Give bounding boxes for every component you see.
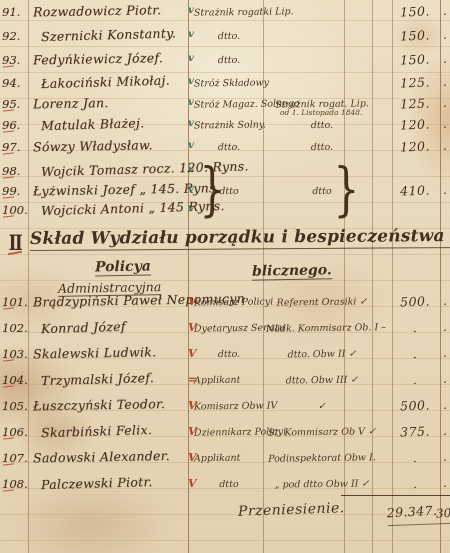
position-secondary: [266, 77, 378, 79]
salary-amount: 410.: [392, 182, 438, 199]
groszy-dot: .: [440, 139, 450, 153]
table-row: 96. Matulak Błażej. v Strażnik Solny. dt…: [0, 116, 450, 140]
position-primary: dtto.: [194, 31, 264, 43]
person-name: Skarbiński Felix.: [33, 421, 201, 441]
salary-amount: .: [392, 371, 438, 388]
carryover-groszy: 30.: [436, 505, 450, 520]
row-number: 99.: [2, 184, 28, 198]
groszy-dot: .: [440, 52, 450, 66]
table-row: 102. Konrad Józef V Dyetaryusz Senatu Na…: [0, 319, 450, 343]
person-name: Wojcik Tomasz rocz. 120. Ryns.: [33, 160, 201, 180]
salary-amount: .: [392, 345, 438, 362]
position-primary: Strażnik rogatki Lip.: [194, 6, 294, 18]
table-row: 105. Łuszczyński Teodor. V Komisarz Obw …: [0, 397, 450, 421]
person-name: Sówzy Władysław.: [33, 137, 193, 155]
carryover-sum: 29.347.: [386, 503, 439, 521]
position-secondary: Podinspektorat Obw I.: [266, 452, 378, 465]
salary-amount: 500.: [392, 397, 438, 414]
groszy-dot: .: [440, 183, 450, 197]
person-name: Lorenz Jan.: [33, 94, 193, 112]
position-secondary: Referent Orasiki ✓: [266, 296, 378, 309]
position-secondary: dtto. Obw III ✓: [266, 374, 378, 387]
table-rows-layer: 91. Rozwadowicz Piotr. v Strażnik rogatk…: [0, 0, 450, 553]
person-name: Trzymalski Józef.: [33, 369, 201, 389]
checkmark-icon: v: [188, 203, 194, 214]
row-number: 96.: [2, 118, 28, 132]
row-number: 108.: [2, 477, 28, 491]
position-secondary: [266, 54, 378, 56]
position-secondary: ✓: [266, 400, 378, 413]
row-number: 91.: [2, 5, 28, 19]
row-number: 95.: [2, 97, 28, 111]
table-row: 92. Szernicki Konstanty. v dtto. 150. .: [0, 27, 450, 51]
row-number: 100.: [2, 203, 28, 217]
groszy-dot: .: [440, 320, 450, 334]
position-primary: Komisarz Obw IV: [194, 400, 278, 412]
person-name: Łakociński Mikołaj.: [33, 72, 201, 92]
salary-amount: 120.: [392, 138, 438, 155]
groszy-dot: .: [440, 450, 450, 464]
salary-amount: 125.: [392, 74, 438, 91]
groszy-dot: .: [440, 476, 450, 490]
row-number: 103.: [2, 347, 28, 361]
position-primary: dtto.: [194, 142, 264, 154]
salary-amount: 120.: [392, 116, 438, 133]
position-secondary: [266, 30, 378, 32]
groszy-dot: .: [440, 372, 450, 386]
checkmark-icon: v: [188, 97, 194, 108]
position-secondary: Nadk. Kommisarz Ob. I –: [266, 322, 378, 335]
position-primary: Strażnik Solny.: [194, 119, 266, 131]
groszy-dot: .: [440, 28, 450, 42]
row-number: 102.: [2, 321, 28, 335]
person-name: Fedyńkiewicz Józef.: [33, 50, 193, 68]
table-row: 103. Skalewski Ludwik. V dtto. dtto. Obw…: [0, 345, 450, 369]
row-number: 94.: [2, 76, 28, 90]
salary-amount: 150.: [392, 51, 438, 68]
salary-amount: [392, 162, 438, 164]
salary-amount: 150.: [392, 27, 438, 44]
position-primary: Applikant: [194, 453, 241, 465]
section-heading-title: Skład Wydziału porządku i bespieczeństwa…: [30, 226, 450, 251]
position-primary: Stróż Składowy: [194, 77, 269, 89]
groszy-dot: .: [440, 75, 450, 89]
position-secondary: dtto.: [266, 119, 378, 132]
salary-amount: 125.: [392, 95, 438, 112]
salary-amount: [392, 201, 438, 203]
position-primary: Komisarz Policyi: [194, 296, 273, 308]
groszy-dot: .: [440, 294, 450, 308]
person-name: Łyżwinski Jozef „ 145. Ryns.: [33, 181, 193, 199]
row-number: 107.: [2, 451, 28, 465]
brace-icon: }: [334, 160, 360, 218]
person-name: Palczewski Piotr.: [33, 473, 201, 493]
person-name: Skalewski Ludwik.: [33, 344, 193, 362]
salary-amount: 375.: [392, 423, 438, 440]
table-row: 91. Rozwadowicz Piotr. v Strażnik rogatk…: [0, 3, 450, 27]
position-primary: Applikant: [194, 375, 241, 387]
salary-amount: .: [392, 475, 438, 492]
person-name: Rozwadowicz Piotr.: [33, 2, 193, 20]
position-secondary: [266, 204, 378, 206]
position-secondary: dtto.: [266, 141, 378, 154]
sum-rule: [341, 495, 450, 496]
groszy-dot: .: [440, 346, 450, 360]
checkmark-icon: v: [188, 5, 194, 16]
position-secondary: [266, 165, 378, 167]
position-primary: dtto.: [194, 349, 264, 361]
groszy-dot: .: [440, 398, 450, 412]
person-name: Łuszczyński Teodor.: [33, 396, 193, 414]
position-secondary: dtto: [266, 185, 378, 198]
checkmark-icon: v: [188, 164, 194, 175]
row-number: 101.: [2, 295, 28, 309]
groszy-dot: .: [440, 4, 450, 18]
position-secondary: St. Kommisarz Ob V ✓: [266, 426, 378, 439]
person-name: Konrad Józef: [33, 317, 201, 337]
person-name: Matulak Błażej.: [33, 114, 201, 134]
row-number: 98.: [2, 164, 28, 178]
position-primary: dtto.: [194, 55, 264, 67]
person-name: Wojcicki Antoni „ 145 Ryns.: [33, 199, 201, 219]
manuscript-page: 91. Rozwadowicz Piotr. v Strażnik rogatk…: [0, 0, 450, 553]
table-row: 106. Skarbiński Felix. V Dziennikarz Pol…: [0, 423, 450, 447]
table-row: 93. Fedyńkiewicz Józef. v dtto. 150. .: [0, 51, 450, 75]
brace-icon: }: [200, 160, 226, 218]
groszy-dot: .: [440, 96, 450, 110]
position-secondary: „ pod dtto Obw II ✓: [266, 478, 378, 491]
salary-amount: 150.: [392, 3, 438, 20]
position-primary: dtto: [194, 479, 264, 491]
groszy-dot: .: [440, 424, 450, 438]
row-number: 104.: [2, 373, 28, 387]
person-name: Sadowski Alexander.: [33, 448, 193, 466]
row-number: 92.: [2, 29, 28, 43]
heading-blicznego: blicznego.: [252, 262, 332, 280]
table-row: 107. Sadowski Alexander. V Applikant Pod…: [0, 449, 450, 473]
row-number: 106.: [2, 425, 28, 439]
groszy-dot: .: [440, 117, 450, 131]
row-number: 105.: [2, 399, 28, 413]
person-name: Szernicki Konstanty.: [33, 25, 201, 45]
heading-policya: Policya: [95, 259, 151, 277]
table-row: 104. Trzymalski Józef. = Applikant dtto.…: [0, 371, 450, 395]
salary-amount: .: [392, 449, 438, 466]
row-number: 97.: [2, 140, 28, 154]
position-secondary: dtto. Obw II ✓: [266, 348, 378, 361]
salary-amount: 500.: [392, 293, 438, 310]
salary-amount: .: [392, 319, 438, 336]
heading-administracyjna: Administracyjna: [58, 279, 162, 297]
row-number: 93.: [2, 53, 28, 67]
